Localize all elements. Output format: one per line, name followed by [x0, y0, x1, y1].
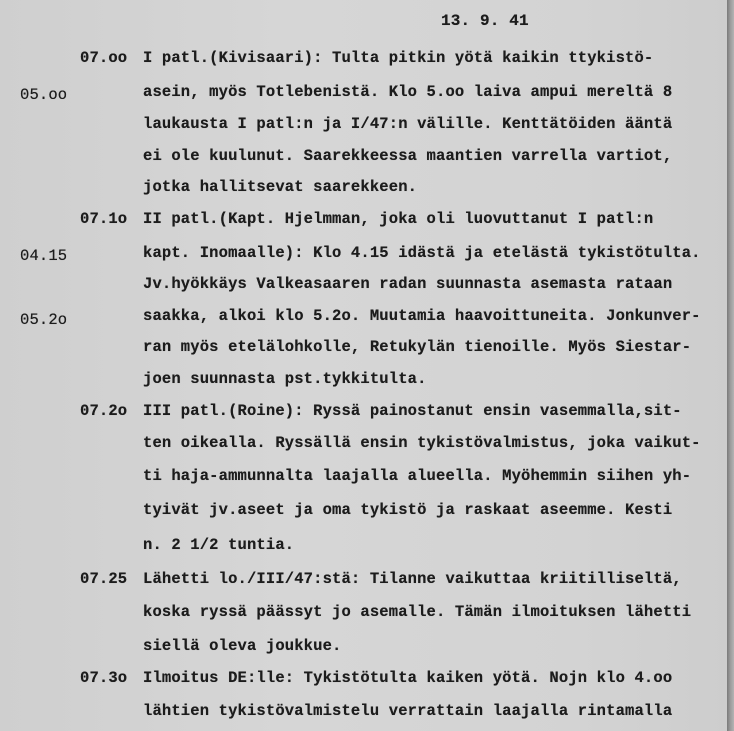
entry-line: kapt. Inomaalle): Klo 4.15 idästä ja ete…: [143, 246, 701, 262]
typewritten-page: 13. 9. 41 07.oo I patl.(Kivisaari): Tult…: [0, 0, 727, 731]
entry-line: I patl.(Kivisaari): Tulta pitkin yötä ka…: [143, 51, 653, 67]
entry-line: Lähetti lo./III/47:stä: Tilanne vaikutta…: [143, 572, 682, 588]
entry-line: ran myös etelälohkolle, Retukylän tienoi…: [143, 340, 691, 356]
page-edge-shadow: [727, 0, 734, 731]
document-date: 13. 9. 41: [441, 13, 529, 29]
entry-line: asein, myös Totlebenistä. Klo 5.oo laiva…: [143, 85, 672, 101]
entry-line: koska ryssä päässyt jo asemalle. Tämän i…: [143, 605, 691, 621]
margin-note: 05.oo: [20, 88, 67, 104]
entry-line: ten oikealla. Ryssällä ensin tykistövalm…: [143, 436, 701, 452]
entry-line: ei ole kuulunut. Saarekkeessa maantien v…: [143, 149, 672, 165]
entry-time: 07.3o: [80, 671, 127, 687]
margin-note: 04.15: [20, 249, 67, 265]
entry-time: 07.1o: [80, 212, 127, 228]
entry-line: tyivät jv.aseet ja oma tykistö ja raskaa…: [143, 503, 672, 519]
entry-line: ti haja-ammunnalta laajalla alueella. My…: [143, 469, 691, 485]
entry-line: jotka hallitsevat saarekkeen.: [143, 180, 417, 196]
entry-line: III patl.(Roine): Ryssä painostanut ensi…: [143, 404, 682, 420]
entry-line: laukausta I patl:n ja I/47:n välille. Ke…: [143, 117, 672, 133]
entry-line: Ilmoitus DE:lle: Tykistötulta kaiken yöt…: [143, 671, 672, 687]
entry-time: 07.oo: [80, 51, 127, 67]
entry-line: saakka, alkoi klo 5.2o. Muutamia haavoit…: [143, 309, 701, 325]
entry-line: joen suunnasta pst.tykkitulta.: [143, 372, 427, 388]
entry-line: Jv.hyökkäys Valkeasaaren radan suunnasta…: [143, 277, 672, 293]
entry-time: 07.2o: [80, 404, 127, 420]
entry-line: siellä oleva joukkue.: [143, 639, 341, 655]
entry-line: n. 2 1/2 tuntia.: [143, 538, 294, 554]
margin-note: 05.2o: [20, 313, 67, 329]
entry-line: lähtien tykistövalmistelu verrattain laa…: [143, 704, 672, 720]
entry-line: II patl.(Kapt. Hjelmman, joka oli luovut…: [143, 212, 653, 228]
entry-time: 07.25: [80, 572, 127, 588]
